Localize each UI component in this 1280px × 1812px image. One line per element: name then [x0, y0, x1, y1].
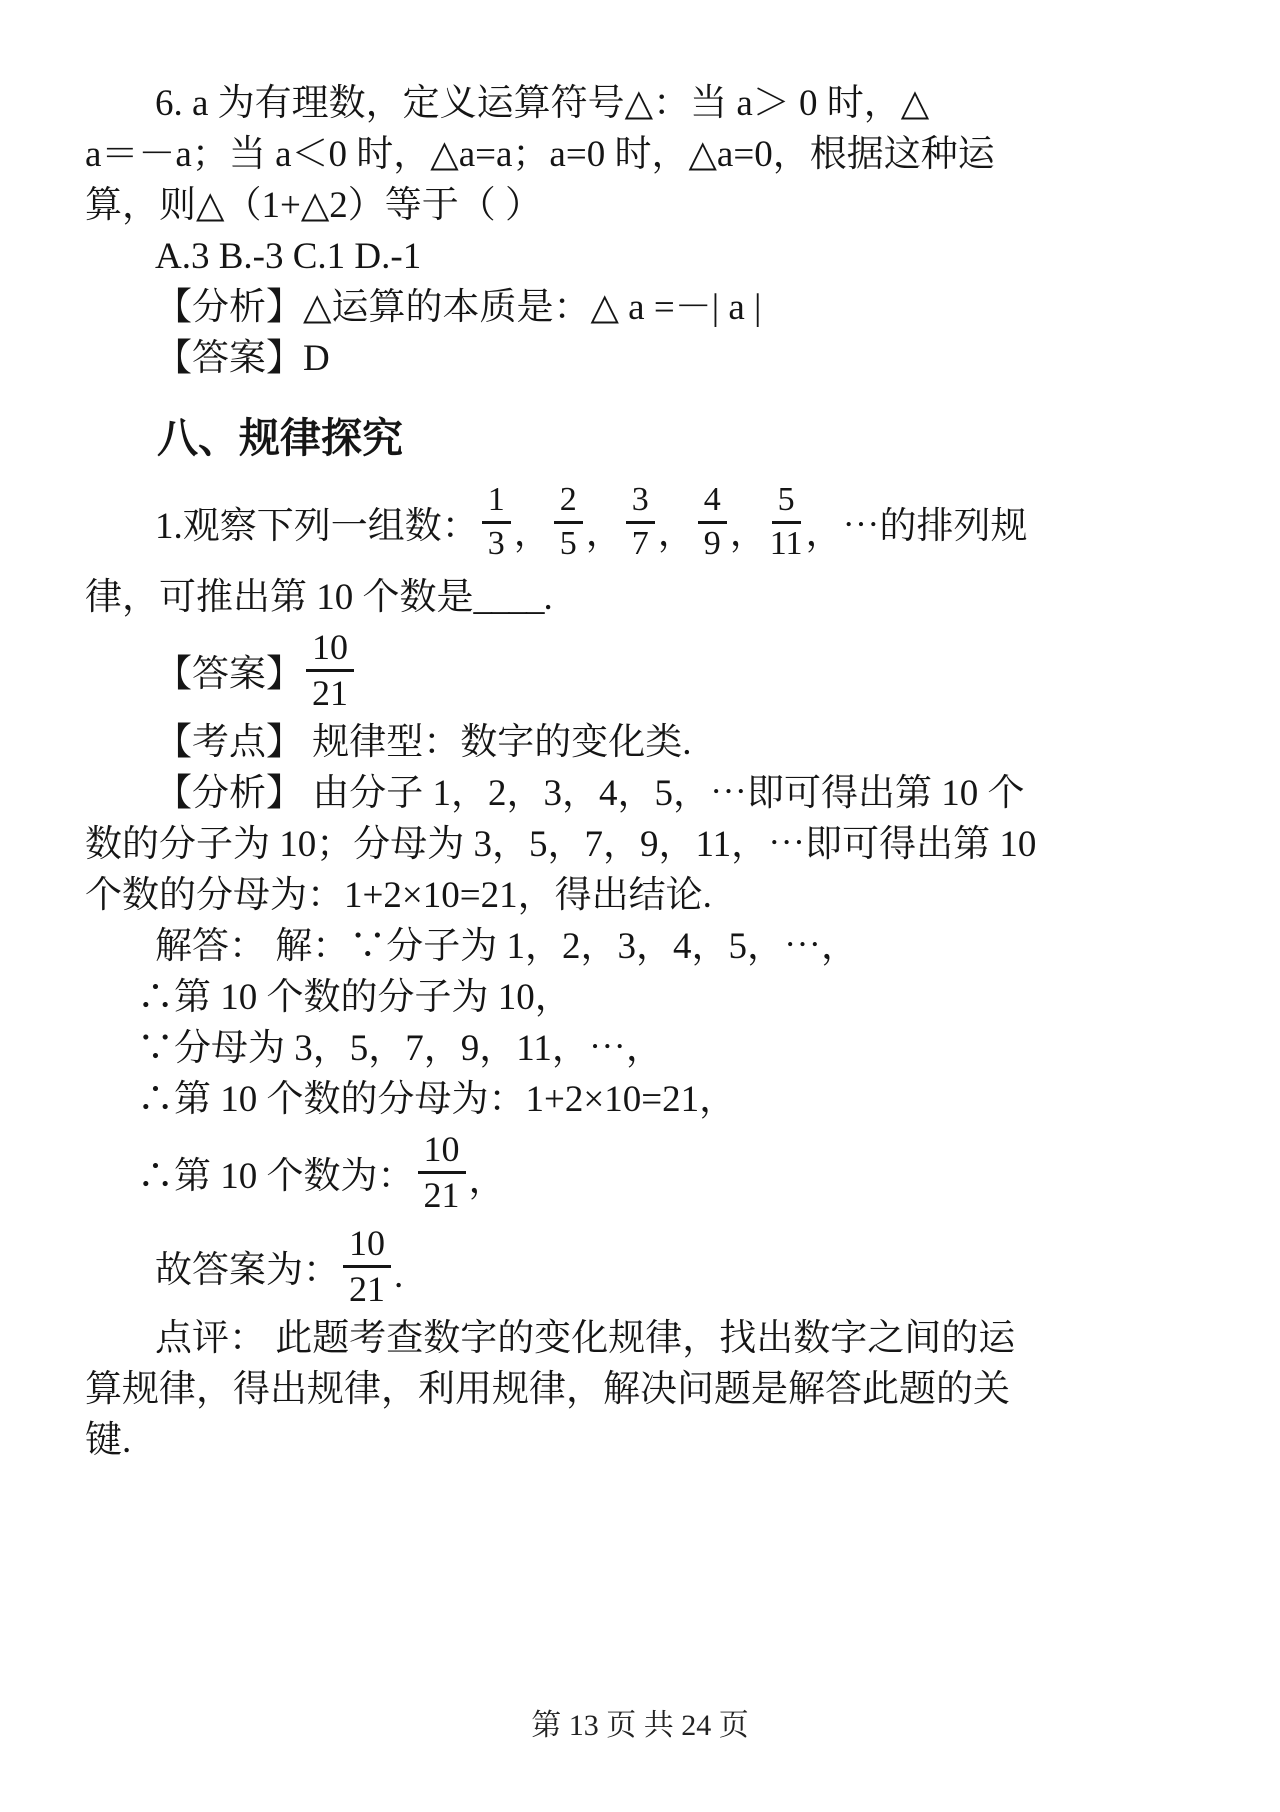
- fraction-denominator: 21: [424, 1174, 460, 1215]
- q1-question-line: 律，可推出第 10 个数是____.: [85, 572, 1195, 623]
- q1-answer-line: 【答案】 10 21: [85, 623, 1195, 717]
- q1-analysis-line-1: 【分析】 由分子 1，2，3，4，5，⋯即可得出第 10 个: [85, 768, 1195, 819]
- document-page: 6. a 为有理数，定义运算符号△：当 a＞ 0 时，△ a＝－a；当 a＜0 …: [0, 0, 1280, 1812]
- q1-solution-line-3: ∵分母为 3，5，7，9，11，⋯，: [85, 1023, 1195, 1074]
- q1-comment-line-1: 点评： 此题考查数字的变化规律，找出数字之间的运: [85, 1313, 1195, 1364]
- problem6-options-line: A.3 B.-3 C.1 D.-1: [85, 231, 1195, 282]
- fraction-numerator: 10: [343, 1223, 391, 1268]
- fraction-numerator: 1: [482, 481, 511, 524]
- fraction-numerator: 10: [306, 627, 354, 672]
- fraction-separator: ，: [730, 502, 767, 572]
- fraction-denominator: 9: [704, 524, 721, 563]
- fraction-5-11: 5 11: [770, 481, 803, 563]
- q1-solution-line-2: ∴第 10 个数的分子为 10，: [85, 972, 1195, 1023]
- conclusion1-prefix: ∴第 10 个数为：: [137, 1145, 415, 1199]
- conclusion2-suffix: .: [394, 1254, 403, 1313]
- fraction-numerator: 5: [772, 481, 801, 524]
- problem6-answer-line: 【答案】D: [85, 333, 1195, 384]
- answer-blank-underline: ____: [474, 577, 544, 618]
- fraction-4-9: 4 9: [698, 481, 727, 563]
- q1-conclusion-line-1: ∴第 10 个数为： 10 21 ，: [85, 1125, 1195, 1219]
- conclusion2-prefix: 故答案为：: [155, 1239, 340, 1293]
- problem6-analysis-line: 【分析】△运算的本质是：△ a =－| a |: [85, 282, 1195, 333]
- conclusion1-suffix: ，: [469, 1149, 506, 1219]
- page-content: 6. a 为有理数，定义运算符号△：当 a＞ 0 时，△ a＝－a；当 a＜0 …: [0, 0, 1280, 1466]
- q1-analysis-line-2: 数的分子为 10；分母为 3，5，7，9，11，⋯即可得出第 10: [85, 819, 1195, 870]
- conclusion1-fraction-10-21: 10 21: [418, 1129, 466, 1216]
- fraction-denominator: 3: [488, 524, 505, 563]
- fraction-denominator: 21: [349, 1268, 385, 1309]
- q1-intro-text: 1.观察下列一组数：: [155, 495, 479, 549]
- answer-label: 【答案】: [155, 643, 303, 697]
- fraction-numerator: 3: [626, 481, 655, 524]
- q1-conclusion-line-2: 故答案为： 10 21 .: [85, 1219, 1195, 1313]
- q1-question-prefix: 律，可推出第 10 个数是: [85, 577, 474, 618]
- fraction-separator: ，: [514, 502, 551, 572]
- q1-sequence-tail-text: ⋯的排列规: [843, 495, 1028, 549]
- fraction-numerator: 4: [698, 481, 727, 524]
- conclusion2-fraction-10-21: 10 21: [343, 1223, 391, 1310]
- fraction-2-5: 2 5: [554, 481, 583, 563]
- fraction-denominator: 7: [632, 524, 649, 563]
- fraction-3-7: 3 7: [626, 481, 655, 563]
- q1-solution-line-1: 解答： 解：∵分子为 1，2，3，4，5，⋯，: [85, 921, 1195, 972]
- section-8-heading: 八、规律探究: [85, 410, 1195, 466]
- page-number-footer: 第 13 页 共 24 页: [0, 1700, 1280, 1744]
- problem6-statement-line-3: 算，则△（1+△2）等于（ ）: [85, 180, 1195, 231]
- fraction-separator: ，: [806, 502, 843, 572]
- fraction-numerator: 10: [418, 1129, 466, 1174]
- q1-kaodian-line: 【考点】 规律型：数字的变化类.: [85, 717, 1195, 768]
- problem6-statement-line-1: 6. a 为有理数，定义运算符号△：当 a＞ 0 时，△: [85, 78, 1195, 129]
- q1-comment-line-3: 键.: [85, 1415, 1195, 1466]
- fraction-numerator: 2: [554, 481, 583, 524]
- q1-comment-line-2: 算规律，得出规律，利用规律，解决问题是解答此题的关: [85, 1364, 1195, 1415]
- q1-analysis-line-3: 个数的分母为：1+2×10=21，得出结论.: [85, 870, 1195, 921]
- fraction-denominator: 21: [312, 672, 348, 713]
- fraction-denominator: 5: [560, 524, 577, 563]
- fraction-denominator: 11: [770, 524, 803, 563]
- answer-fraction-10-21: 10 21: [306, 627, 354, 714]
- fraction-separator: ，: [586, 502, 623, 572]
- fraction-1-3: 1 3: [482, 481, 511, 563]
- problem6-statement-line-2: a＝－a；当 a＜0 时，△a=a；a=0 时，△a=0，根据这种运: [85, 129, 1195, 180]
- q1-sequence-line: 1.观察下列一组数： 1 3 ， 2 5 ， 3 7 ， 4 9 ， 5: [85, 472, 1195, 572]
- q1-solution-line-4: ∴第 10 个数的分母为：1+2×10=21，: [85, 1074, 1195, 1125]
- fraction-separator: ，: [658, 502, 695, 572]
- q1-question-suffix: .: [544, 577, 553, 618]
